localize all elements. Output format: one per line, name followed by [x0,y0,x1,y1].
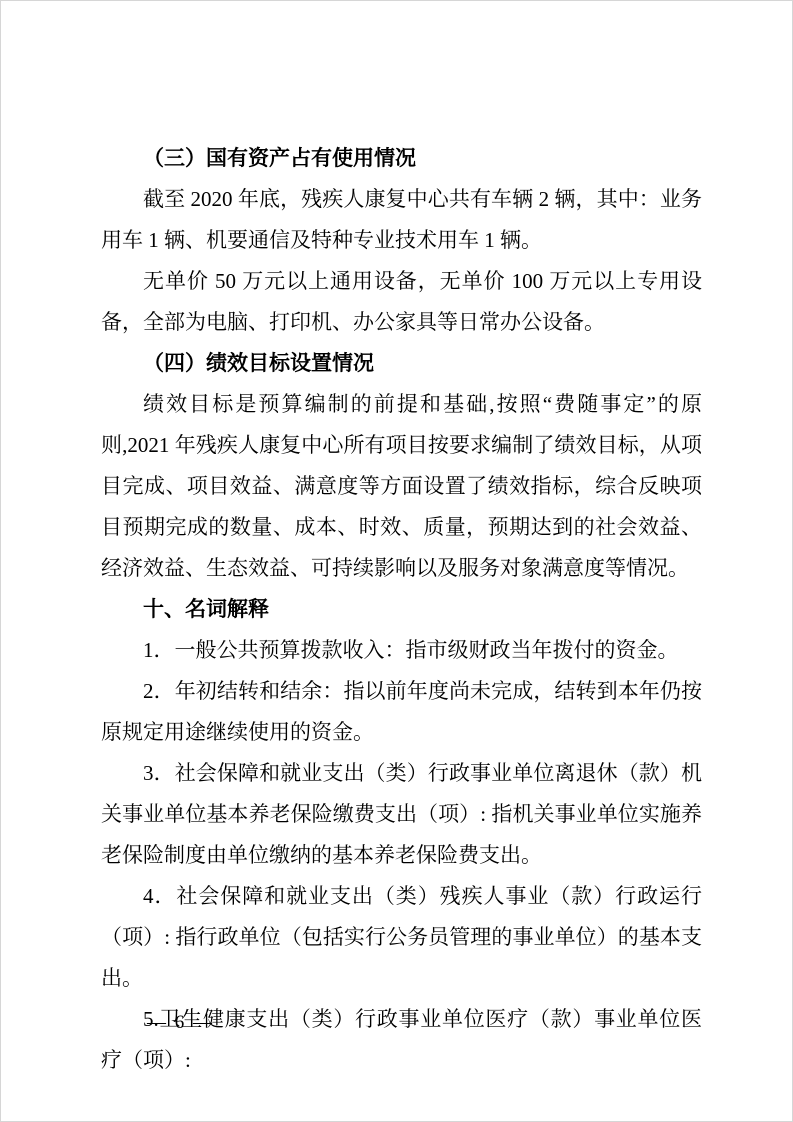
document-body: （三）国有资产占有使用情况 截至 2020 年底，残疾人康复中心共有车辆 2 辆… [101,138,702,1081]
glossary-item-4: 4．社会保障和就业支出（类）残疾人事业（款）行政运行（项）: 指行政单位（包括实… [101,876,702,999]
section-heading-glossary: 十、名词解释 [101,589,702,630]
glossary-item-2: 2．年初结转和结余：指以前年度尚未完成，结转到本年仍按原规定用途继续使用的资金。 [101,671,702,753]
section-heading-4: （四）绩效目标设置情况 [101,343,702,384]
page-number: — 6 — [147,1009,214,1037]
paragraph-equipment: 无单价 50 万元以上通用设备，无单价 100 万元以上专用设备，全部为电脑、打… [101,261,702,343]
paragraph-performance: 绩效目标是预算编制的前提和基础,按照“费随事定”的原则,2021 年残疾人康复中… [101,384,702,589]
paragraph-vehicles-1: 截至 2020 年底，残疾人康复中心共有车辆 2 辆，其中：业务用车 1 辆、机… [101,179,702,261]
glossary-item-1: 1．一般公共预算拨款收入：指市级财政当年拨付的资金。 [101,630,702,671]
document-page: （三）国有资产占有使用情况 截至 2020 年底，残疾人康复中心共有车辆 2 辆… [0,0,793,1122]
glossary-item-3: 3．社会保障和就业支出（类）行政事业单位离退休（款）机关事业单位基本养老保险缴费… [101,753,702,876]
section-heading-3: （三）国有资产占有使用情况 [101,138,702,179]
